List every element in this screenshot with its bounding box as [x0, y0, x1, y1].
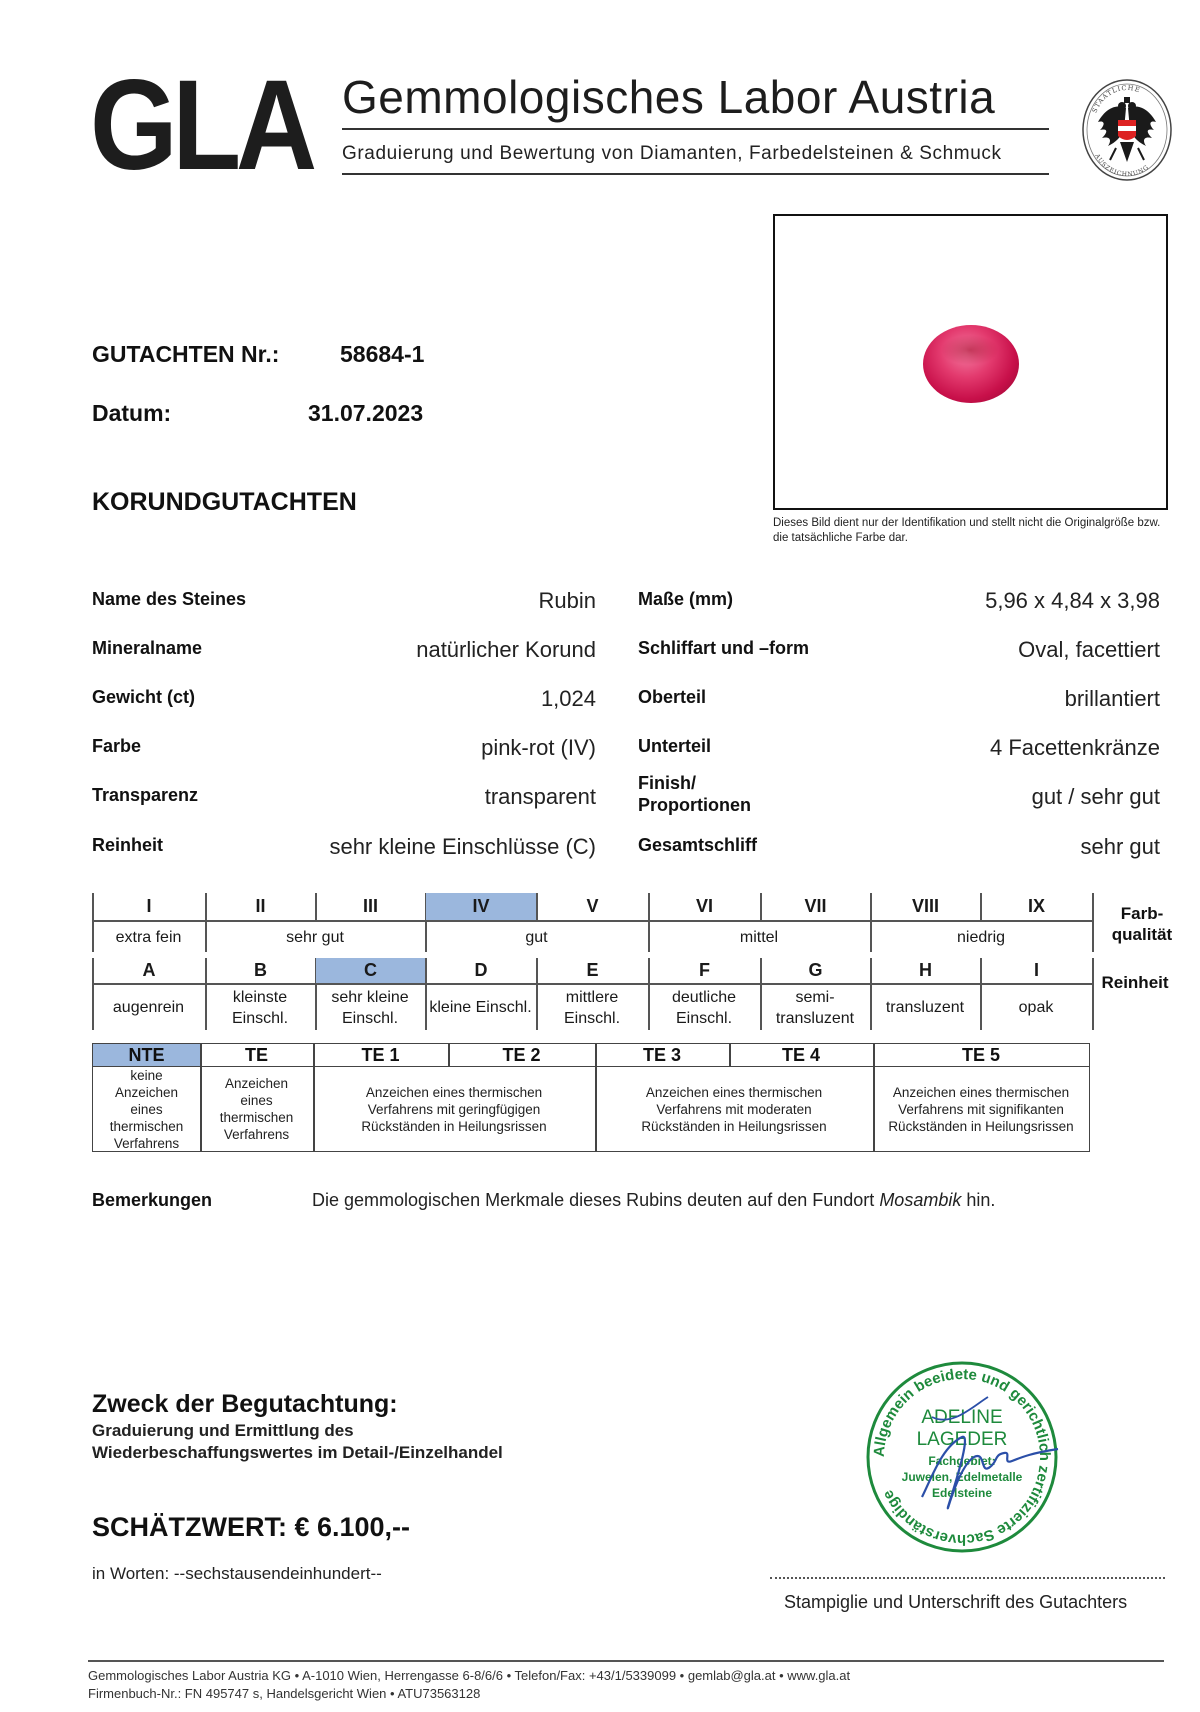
treatment-description: Anzeichen eines thermischen Verfahrens — [200, 1067, 313, 1151]
lab-subtitle: Graduierung und Bewertung von Diamanten,… — [342, 143, 1002, 165]
date-label: Datum: — [92, 400, 171, 427]
remarks-label: Bemerkungen — [92, 1190, 212, 1211]
color-grade-selected: IV — [426, 893, 536, 920]
property-label: Reinheit — [92, 834, 163, 856]
clarity-grade: D — [426, 958, 536, 983]
property-label: Gewicht (ct) — [92, 686, 195, 708]
property-value: Oval, facettiert — [1018, 637, 1160, 663]
treatment-scale-border — [873, 1044, 875, 1067]
property-value: natürlicher Korund — [416, 637, 596, 663]
color-grade: VI — [649, 893, 760, 920]
treatment-description: Anzeichen eines thermischen Verfahrens m… — [595, 1067, 873, 1151]
clarity-grade: I — [981, 958, 1092, 983]
property-value: sehr kleine Einschlüsse (C) — [329, 834, 596, 860]
property-label: Schliffart und –form — [638, 637, 809, 659]
treatment-grade-selected: NTE — [93, 1044, 200, 1067]
property-label: Farbe — [92, 735, 141, 757]
austrian-eagle-crest-icon: STAATLICHE AUSZEICHNUNG — [1080, 78, 1174, 182]
signature-line — [770, 1577, 1165, 1579]
header-rule-top — [342, 128, 1049, 130]
value-in-words: in Worten: --sechstausendeinhundert-- — [92, 1564, 382, 1584]
property-row: Reinheitsehr kleine Einschlüsse (C) — [92, 834, 596, 864]
color-group: sehr gut — [205, 922, 425, 952]
property-label: Name des Steines — [92, 588, 246, 610]
remarks-text: Die gemmologischen Merkmale dieses Rubin… — [312, 1190, 995, 1211]
property-label: Unterteil — [638, 735, 711, 757]
clarity-scale-border — [1092, 958, 1094, 1030]
clarity-description: opak — [980, 985, 1092, 1030]
footer-registry: Firmenbuch-Nr.: FN 495747 s, Handelsgeri… — [88, 1686, 480, 1701]
clarity-grade: B — [206, 958, 315, 983]
clarity-grade: G — [761, 958, 870, 983]
gla-logo: GLA — [90, 62, 312, 190]
color-grade: IX — [981, 893, 1092, 920]
property-row: Maße (mm)5,96 x 4,84 x 3,98 — [638, 588, 1160, 618]
clarity-grade: A — [93, 958, 205, 983]
signature-caption: Stampiglie und Unterschrift des Gutachte… — [784, 1592, 1127, 1613]
clarity-description: sehr kleine Einschl. — [315, 985, 425, 1030]
property-value: gut / sehr gut — [1032, 784, 1160, 810]
treatment-description: Anzeichen eines thermischen Verfahrens m… — [873, 1067, 1089, 1151]
color-group: niedrig — [870, 922, 1092, 952]
clarity-description: kleine Einschl. — [425, 985, 536, 1030]
property-label: Oberteil — [638, 686, 706, 708]
lab-name: Gemmologisches Labor Austria — [342, 70, 995, 124]
property-value: 1,024 — [541, 686, 596, 712]
purpose-text: Graduierung und Ermittlung des Wiederbes… — [92, 1420, 503, 1464]
property-label: Maße (mm) — [638, 588, 733, 610]
property-value: pink-rot (IV) — [481, 735, 596, 761]
treatment-scale-border — [200, 1044, 202, 1067]
clarity-label: Reinheit — [1090, 972, 1180, 993]
color-grade: VIII — [871, 893, 980, 920]
ruby-gem-image — [923, 325, 1019, 403]
certificate-number: 58684-1 — [340, 341, 424, 368]
clarity-description: transluzent — [870, 985, 980, 1030]
date-value: 31.07.2023 — [308, 400, 423, 427]
treatment-grade: TE 5 — [873, 1044, 1089, 1067]
treatment-scale-border — [595, 1044, 597, 1067]
color-grade: III — [316, 893, 425, 920]
treatment-grade: TE 1 — [313, 1044, 448, 1067]
clarity-description: kleinste Einschl. — [205, 985, 315, 1030]
color-group: mittel — [648, 922, 870, 952]
clarity-grade: E — [537, 958, 648, 983]
treatment-scale-border — [448, 1044, 450, 1067]
certificate-number-label: GUTACHTEN Nr.: — [92, 341, 279, 368]
purpose-title: Zweck der Begutachtung: — [92, 1390, 398, 1419]
treatment-grade: TE 4 — [729, 1044, 873, 1067]
color-grade: VII — [761, 893, 870, 920]
property-row: Name des SteinesRubin — [92, 588, 596, 618]
photo-caption: Dieses Bild dient nur der Identifikation… — [773, 516, 1173, 546]
header-rule-bottom — [342, 173, 1049, 175]
gem-photo-frame — [773, 214, 1168, 510]
property-row: Finish/ Proportionengut / sehr gut — [638, 784, 1160, 814]
property-row: Unterteil4 Facettenkränze — [638, 735, 1160, 765]
property-value: transparent — [485, 784, 596, 810]
property-row: Gewicht (ct)1,024 — [92, 686, 596, 716]
treatment-grade: TE — [200, 1044, 313, 1067]
property-value: 5,96 x 4,84 x 3,98 — [985, 588, 1160, 614]
clarity-description: deutliche Einschl. — [648, 985, 760, 1030]
color-group: gut — [425, 922, 648, 952]
treatment-grade: TE 3 — [595, 1044, 729, 1067]
property-label: Finish/ Proportionen — [638, 772, 778, 816]
svg-text:Edelsteine: Edelsteine — [932, 1486, 992, 1500]
property-row: Schliffart und –formOval, facettiert — [638, 637, 1160, 667]
property-label: Transparenz — [92, 784, 198, 806]
property-label: Gesamtschliff — [638, 834, 757, 856]
treatment-grade: TE 2 — [448, 1044, 595, 1067]
locality: Mosambik — [879, 1190, 961, 1210]
property-value: sehr gut — [1081, 834, 1161, 860]
treatment-scale-border — [729, 1044, 731, 1067]
property-value: brillantiert — [1065, 686, 1160, 712]
footer-rule — [88, 1660, 1164, 1662]
color-group: extra fein — [92, 922, 205, 952]
property-value: Rubin — [539, 588, 596, 614]
property-row: Transparenztransparent — [92, 784, 596, 814]
estimated-value: SCHÄTZWERT: € 6.100,-- — [92, 1512, 410, 1543]
clarity-grade: F — [649, 958, 760, 983]
property-label: Mineralname — [92, 637, 202, 659]
color-scale-border — [1092, 893, 1094, 952]
treatment-scale-table: NTETETE 1TE 2TE 3TE 4TE 5keine Anzeichen… — [92, 1043, 1090, 1152]
clarity-grade-selected: C — [316, 958, 425, 983]
treatment-scale-border — [313, 1044, 315, 1067]
treatment-description: keine Anzeichen eines thermischen Verfah… — [93, 1067, 200, 1151]
color-grade: II — [206, 893, 315, 920]
treatment-description: Anzeichen eines thermischen Verfahrens m… — [313, 1067, 595, 1151]
footer-address: Gemmologisches Labor Austria KG • A-1010… — [88, 1668, 850, 1683]
clarity-grade: H — [871, 958, 980, 983]
color-grade: V — [537, 893, 648, 920]
appraiser-stamp-icon: Allgemein beeidete und gerichtlich zerti… — [862, 1357, 1062, 1557]
color-quality-label: Farb- qualität — [1096, 903, 1188, 945]
svg-text:LAGEDER: LAGEDER — [917, 1429, 1008, 1450]
property-row: Farbepink-rot (IV) — [92, 735, 596, 765]
certificate-title: KORUNDGUTACHTEN — [92, 488, 357, 517]
property-row: Oberteilbrillantiert — [638, 686, 1160, 716]
clarity-description: semi- transluzent — [760, 985, 870, 1030]
property-row: Gesamtschliffsehr gut — [638, 834, 1160, 864]
color-grade: I — [93, 893, 205, 920]
clarity-description: mittlere Einschl. — [536, 985, 648, 1030]
clarity-description: augenrein — [92, 985, 205, 1030]
property-value: 4 Facettenkränze — [990, 735, 1160, 761]
property-row: Mineralnamenatürlicher Korund — [92, 637, 596, 667]
